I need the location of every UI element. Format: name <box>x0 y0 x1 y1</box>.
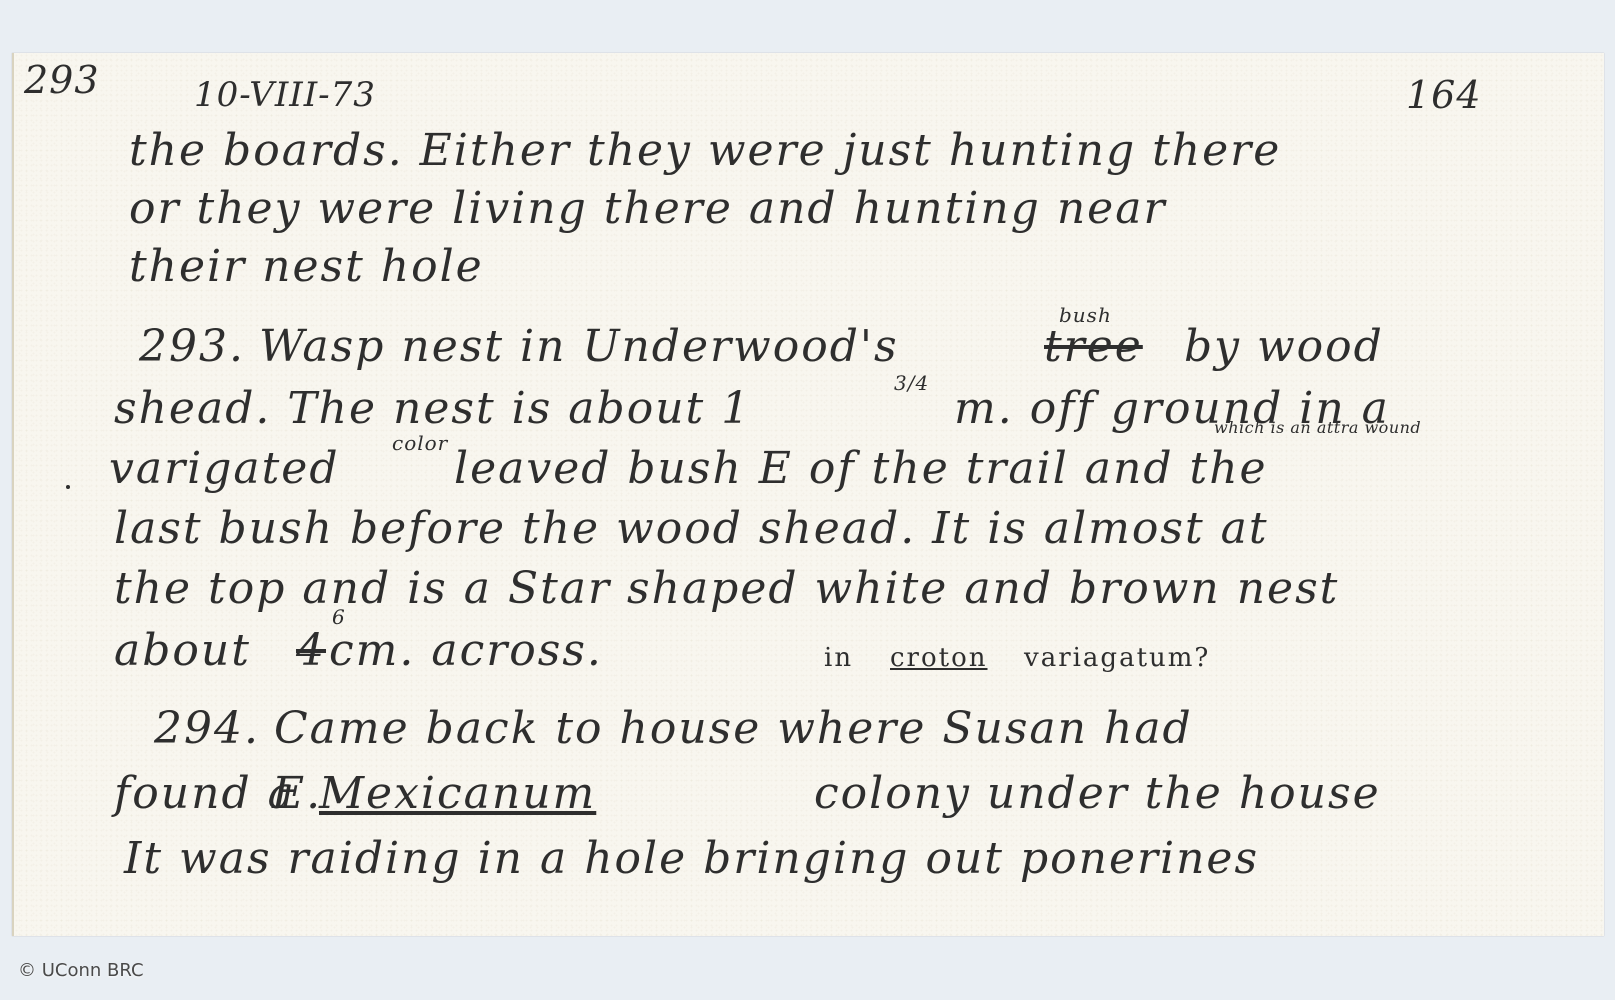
entry-293-line-2a: shead. The nest is about 1 <box>114 383 751 434</box>
entry-date: 10-VIII-73 <box>194 75 376 115</box>
entry-294-line-1: Came back to house where Susan had <box>274 703 1193 754</box>
entry-294-number: 294. <box>154 703 260 754</box>
entry-294-line-2a: found a <box>114 768 296 819</box>
annotation-species: variagatum? <box>1024 643 1210 673</box>
entry-293-line-6a: about <box>114 625 251 676</box>
card-number: 293 <box>24 58 100 102</box>
copyright-watermark: © UConn BRC <box>18 960 144 981</box>
ink-speck <box>66 485 70 489</box>
entry-294-line-2b: colony under the house <box>814 768 1381 819</box>
entry-293-line-1a: Wasp nest in Underwood's <box>259 321 899 372</box>
inserted-word-color: color <box>392 431 448 455</box>
fraction-three-quarters: 3/4 <box>894 371 929 395</box>
inserted-note-atta-mound: which is an attra wound <box>1214 418 1421 437</box>
entry-293-line-6b: cm. across. <box>329 625 603 676</box>
entry-293-line-1b: by wood <box>1184 321 1384 372</box>
continuation-line-2: or they were living there and hunting ne… <box>129 183 1166 234</box>
entry-293-line-4: last bush before the wood shead. It is a… <box>114 503 1269 554</box>
species-prefix: E. <box>272 768 322 819</box>
continuation-line-1: the boards. Either they were just huntin… <box>129 125 1281 176</box>
page-number: 164 <box>1406 73 1482 117</box>
entry-293-line-3a: varigated <box>109 443 339 494</box>
entry-294-line-3: It was raiding in a hole bringing out po… <box>124 833 1259 884</box>
entry-293-line-5: the top and is a Star shaped white and b… <box>114 563 1339 614</box>
continuation-line-3: their nest hole <box>129 241 484 292</box>
species-name-mexicanum: Mexicanum <box>319 768 596 819</box>
annotation-genus: croton <box>890 643 988 673</box>
struck-word-tree: tree <box>1044 321 1143 372</box>
entry-293-number: 293. <box>139 321 245 372</box>
document-viewer: 293 10-VIII-73 164 the boards. Either th… <box>0 0 1615 1000</box>
field-note-card: 293 10-VIII-73 164 the boards. Either th… <box>12 53 1604 936</box>
entry-293-line-3b: leaved bush E of the trail and the <box>454 443 1268 494</box>
struck-size-4: 4 <box>296 625 326 676</box>
annotation-prefix: in <box>824 643 853 673</box>
